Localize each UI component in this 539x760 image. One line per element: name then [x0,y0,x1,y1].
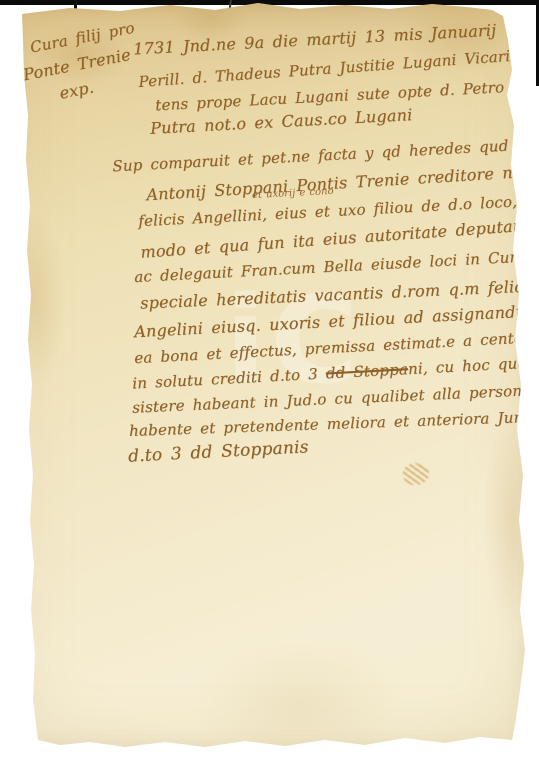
scan-edge-top-bar [0,0,539,5]
manuscript-line: d.to 3 dd Stoppanis [128,437,309,466]
rust-stain [401,461,431,488]
struck-text: dd Stoppa [325,360,408,382]
scanned-manuscript-photo: iC Cura filij pro Ponte Trenie exp. 1731… [0,0,539,760]
line-segment: ni, cu hoc quod [408,353,537,378]
line-segment: in solutu crediti d.to 3 [132,364,327,392]
manuscript-paper: iC Cura filij pro Ponte Trenie exp. 1731… [0,0,539,760]
